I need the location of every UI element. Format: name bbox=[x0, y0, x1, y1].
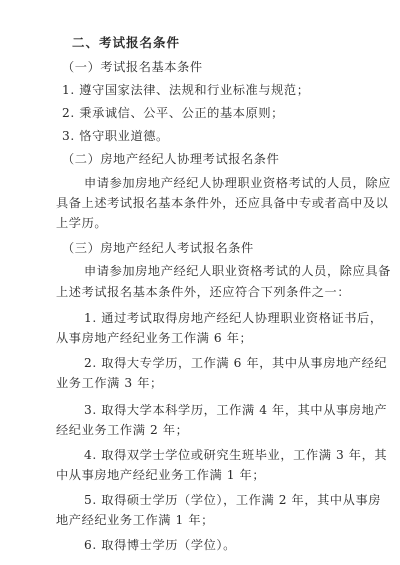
condition-1-line-1: 1. 通过考试取得房地产经纪人协理职业资格证书后， bbox=[84, 311, 383, 325]
condition-3-line-2: 经纪业务工作满 2 年； bbox=[56, 423, 188, 437]
condition-5-line-2: 地产经纪业务工作满 1 年； bbox=[56, 513, 214, 527]
sub-2-para-line-2: 具备上述考试报名基本条件外，还应具备中专或者高中及以 bbox=[56, 196, 388, 210]
condition-3-line-1: 3. 取得大学本科学历，工作满 4 年，其中从事房地产 bbox=[84, 403, 387, 417]
condition-2-line-2: 业务工作满 3 年； bbox=[56, 376, 163, 390]
basic-condition-1: 1. 遵守国家法律、法规和行业标准与规范； bbox=[62, 83, 309, 97]
condition-6: 6. 取得博士学历（学位）。 bbox=[84, 538, 236, 552]
sub-2-title: （二）房地产经纪人协理考试报名条件 bbox=[62, 152, 279, 166]
section-2-heading: 二、考试报名条件 bbox=[72, 36, 180, 50]
sub-2-para-line-3: 上学历。 bbox=[56, 216, 107, 230]
sub-3-title: （三）房地产经纪人考试报名条件 bbox=[62, 241, 254, 255]
sub-1-title: （一）考试报名基本条件 bbox=[62, 60, 203, 74]
sub-2-para-line-1: 申请参加房地产经纪人协理职业资格考试的人员，除应 bbox=[84, 176, 391, 190]
sub-3-para-line-1: 申请参加房地产经纪人职业资格考试的人员，除应具备 bbox=[84, 264, 391, 278]
basic-condition-3: 3. 恪守职业道德。 bbox=[62, 129, 169, 143]
condition-5-line-1: 5. 取得硕士学历（学位），工作满 2 年，其中从事房 bbox=[84, 493, 381, 507]
basic-condition-2: 2. 秉承诚信、公平、公正的基本原则； bbox=[62, 106, 284, 120]
sub-3-para-line-2: 上述考试报名基本条件外，还应符合下列条件之一： bbox=[56, 285, 350, 299]
condition-4-line-2: 中从事房地产经纪业务工作满 1 年； bbox=[56, 468, 265, 482]
condition-2-line-1: 2. 取得大专学历，工作满 6 年，其中从事房地产经纪 bbox=[84, 356, 387, 370]
condition-4-line-1: 4. 取得双学士学位或研究生班毕业，工作满 3 年，其 bbox=[84, 448, 387, 462]
condition-1-line-2: 从事房地产经纪业务工作满 6 年； bbox=[56, 331, 252, 345]
